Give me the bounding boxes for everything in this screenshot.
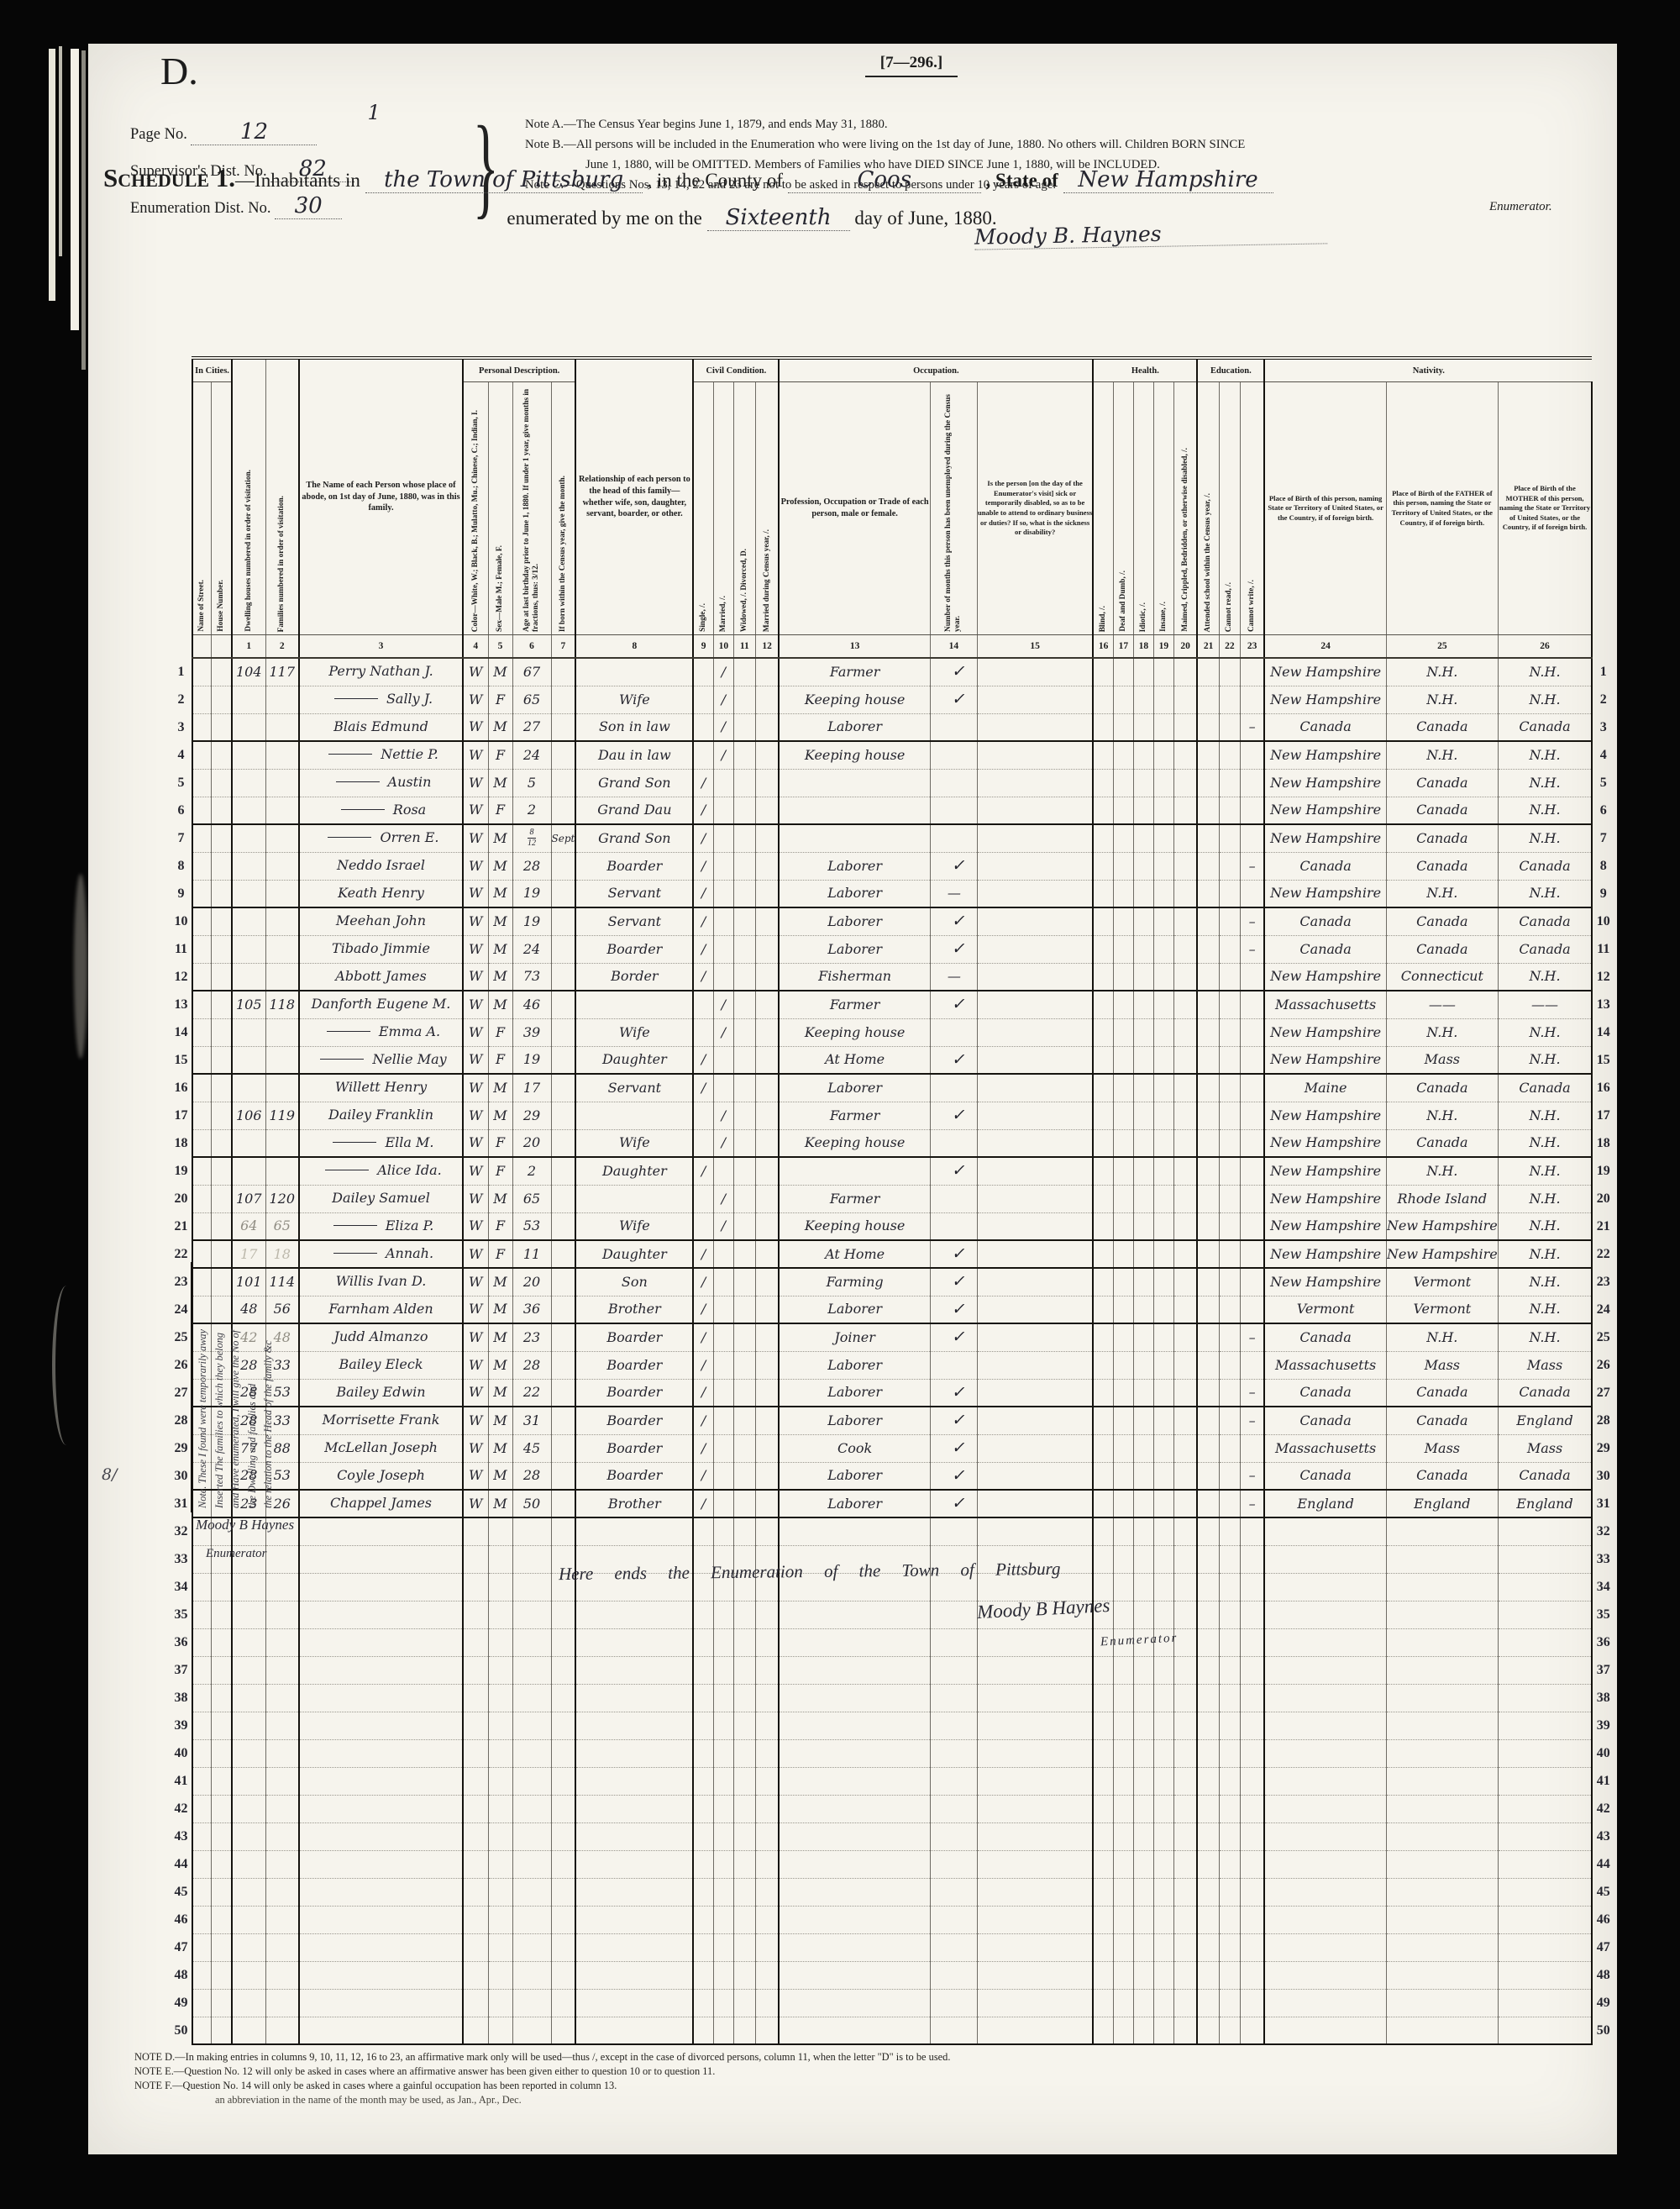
cell-name: Tibado Jimmie (299, 935, 463, 963)
cell-c18 (1133, 991, 1153, 1018)
cell-c23 (1240, 686, 1264, 713)
cell-sex: M (488, 907, 512, 935)
cell-age: 67 (512, 658, 551, 686)
cell-rel (575, 1878, 693, 1906)
cell-c15 (977, 1074, 1093, 1102)
cell-lnum: 27 (171, 1379, 192, 1407)
cell-pof (1386, 1739, 1498, 1767)
cell-street (192, 658, 211, 686)
cell-rnum: 16 (1592, 1074, 1614, 1102)
cell-c9: / (693, 1240, 713, 1268)
cell-occ (779, 1684, 930, 1712)
cell-age (512, 1767, 551, 1795)
cell-c22 (1219, 686, 1240, 713)
cell-c20 (1173, 1185, 1197, 1212)
cell-c14: ✓ (930, 1434, 977, 1462)
place-value: the Town of Pittsburg (384, 167, 623, 192)
table-row: 4141 (171, 1767, 1614, 1795)
cell-c18 (1133, 1573, 1153, 1601)
cell-house (211, 1933, 232, 1961)
cell-street (192, 935, 211, 963)
cell-pom: N.H. (1498, 1129, 1592, 1157)
cell-rel: Grand Son (575, 769, 693, 797)
cell-c22 (1219, 1490, 1240, 1517)
column-number-c15: 15 (977, 635, 1093, 659)
cell-c20 (1173, 1434, 1197, 1462)
cell-pom (1498, 1822, 1592, 1850)
cell-c16 (1093, 1712, 1113, 1739)
cell-rnum: 50 (1592, 2017, 1614, 2044)
cell-c9 (693, 658, 713, 686)
cell-pom: N.H. (1498, 686, 1592, 713)
cell-lnum: 4 (171, 741, 192, 769)
person-name: Dailey Franklin (328, 1107, 433, 1123)
cell-c18 (1133, 1517, 1153, 1545)
cell-c15 (977, 1795, 1093, 1822)
cell-lnum: 12 (171, 963, 192, 991)
cell-pof: Canada (1386, 852, 1498, 880)
cell-pom: Canada (1498, 1462, 1592, 1490)
cell-c18 (1133, 1240, 1153, 1268)
group-header: Occupation. (779, 358, 1093, 382)
cell-c22 (1219, 963, 1240, 991)
cell-c19 (1153, 1517, 1173, 1545)
cell-pof (1386, 1933, 1498, 1961)
cell-c18 (1133, 1933, 1153, 1961)
cell-c23 (1240, 1517, 1264, 1545)
cell-rnum: 32 (1592, 1517, 1614, 1545)
cell-c21 (1197, 1018, 1219, 1046)
cell-c19 (1153, 1407, 1173, 1434)
cell-fam (265, 1933, 299, 1961)
cell-c21 (1197, 1517, 1219, 1545)
cell-month (551, 1933, 575, 1961)
cell-c12 (755, 1601, 779, 1628)
cell-pob: Canada (1264, 852, 1386, 880)
cell-c22 (1219, 1656, 1240, 1684)
cell-street (192, 1185, 211, 1212)
cell-c14: ✓ (930, 1462, 977, 1490)
cell-c20 (1173, 963, 1197, 991)
cell-color: W (463, 1018, 488, 1046)
cell-month (551, 1628, 575, 1656)
person-name: Rosa (393, 802, 426, 818)
cell-rel (575, 1628, 693, 1656)
cell-rnum: 42 (1592, 1795, 1614, 1822)
cell-c16 (1093, 1407, 1113, 1434)
cell-house (211, 1102, 232, 1129)
column-header-c23: Cannot write, /. (1240, 382, 1264, 635)
cell-dw (232, 880, 265, 907)
cell-c20 (1173, 1240, 1197, 1268)
cell-c18 (1133, 1212, 1153, 1240)
cell-name: Perry Nathan J. (299, 658, 463, 686)
cell-c18 (1133, 1018, 1153, 1046)
cell-pob (1264, 1684, 1386, 1712)
cell-dw (232, 1822, 265, 1850)
cell-month (551, 852, 575, 880)
cell-rnum: 11 (1592, 935, 1614, 963)
enumerator-signature-rows: Moody B Haynes (196, 1517, 294, 1533)
cell-age: 11 (512, 1240, 551, 1268)
cell-c9 (693, 1961, 713, 1989)
cell-c15 (977, 1212, 1093, 1240)
cell-c19 (1153, 824, 1173, 852)
unemployed-checkmark: ✓ (951, 1329, 968, 1345)
cell-age (512, 2017, 551, 2044)
cell-c19 (1153, 1185, 1173, 1212)
cell-month (551, 1379, 575, 1407)
cell-pob (1264, 1933, 1386, 1961)
cell-c16 (1093, 1462, 1113, 1490)
cell-c23 (1240, 1628, 1264, 1656)
cell-pob: Canada (1264, 1379, 1386, 1407)
cell-house (211, 1573, 232, 1601)
cell-c19 (1153, 1434, 1173, 1462)
cell-name (299, 1961, 463, 1989)
cell-c10 (713, 1268, 733, 1296)
cell-c22 (1219, 1296, 1240, 1323)
cell-lnum: 1 (171, 658, 192, 686)
cell-rnum: 23 (1592, 1268, 1614, 1296)
cell-c19 (1153, 1351, 1173, 1379)
cell-c20 (1173, 1906, 1197, 1933)
cell-c14 (930, 1795, 977, 1822)
cell-age: 46 (512, 991, 551, 1018)
cell-pob: New Hampshire (1264, 686, 1386, 713)
cell-c11 (733, 741, 755, 769)
film-streak (81, 50, 86, 370)
cell-c9 (693, 1185, 713, 1212)
cell-dw (232, 1850, 265, 1878)
cell-c15 (977, 1462, 1093, 1490)
cell-c16 (1093, 769, 1113, 797)
group-header: Personal Description. (463, 358, 575, 382)
cell-age: 31 (512, 1407, 551, 1434)
cell-rel (575, 1906, 693, 1933)
cell-c11 (733, 824, 755, 852)
cell-pom (1498, 1739, 1592, 1767)
column-header-month: If born within the Census year, give the… (551, 382, 575, 635)
cell-age (512, 1795, 551, 1822)
cell-dw (232, 1712, 265, 1739)
cell-pof: Canada (1386, 1074, 1498, 1102)
cell-dw (232, 1018, 265, 1046)
table-row: 7Orren E.WM812SeptGrand Son/New Hampshir… (171, 824, 1614, 852)
cell-c11 (733, 1018, 755, 1046)
table-row: 4747 (171, 1933, 1614, 1961)
cell-occ (779, 1822, 930, 1850)
cell-c23 (1240, 1850, 1264, 1878)
cell-c17 (1113, 1767, 1133, 1795)
cell-c18 (1133, 1906, 1153, 1933)
cell-fam (265, 907, 299, 935)
cell-c18 (1133, 1739, 1153, 1767)
cell-name (299, 1517, 463, 1545)
cell-sex (488, 1767, 512, 1795)
cell-lnum: 47 (171, 1933, 192, 1961)
person-name: Willett Henry (335, 1079, 427, 1095)
cell-c17 (1113, 1795, 1133, 1822)
cell-dw: 64 (232, 1212, 265, 1240)
cell-pof (1386, 1906, 1498, 1933)
cell-c12 (755, 797, 779, 824)
cell-c11 (733, 1074, 755, 1102)
person-name: McLellan Joseph (324, 1439, 438, 1455)
cell-rel: Wife (575, 1018, 693, 1046)
cell-fam (265, 1850, 299, 1878)
cell-c17 (1113, 1684, 1133, 1712)
cell-c16 (1093, 1906, 1113, 1933)
cell-occ (779, 1157, 930, 1185)
cell-c18 (1133, 1185, 1153, 1212)
cell-c11 (733, 1656, 755, 1684)
cell-c18 (1133, 1822, 1153, 1850)
column-header-dw: Dwelling houses numbered in order of vis… (232, 358, 265, 635)
cell-c22 (1219, 1545, 1240, 1573)
cell-c20 (1173, 1018, 1197, 1046)
cell-c18 (1133, 1878, 1153, 1906)
cell-pom (1498, 2017, 1592, 2044)
cell-c19 (1153, 1712, 1173, 1739)
cell-c9 (693, 1906, 713, 1933)
cell-pof: Canada (1386, 907, 1498, 935)
cell-c11 (733, 1351, 755, 1379)
cell-lnum: 11 (171, 935, 192, 963)
cell-age: 29 (512, 1102, 551, 1129)
cell-c20 (1173, 1323, 1197, 1351)
cell-c10 (713, 1379, 733, 1407)
cell-c10 (713, 1850, 733, 1878)
cell-c21 (1197, 741, 1219, 769)
cell-c17 (1113, 1656, 1133, 1684)
ditto-dash (328, 754, 372, 755)
cell-color: W (463, 1212, 488, 1240)
cell-street (192, 991, 211, 1018)
cell-pob: New Hampshire (1264, 741, 1386, 769)
cell-c17 (1113, 963, 1133, 991)
table-row: 16Willett HenryWM17Servant/LaborerMaineC… (171, 1074, 1614, 1102)
cell-c14 (930, 1074, 977, 1102)
enumeration-value: 30 (295, 193, 323, 218)
cell-c14 (930, 1185, 977, 1212)
cell-c15 (977, 658, 1093, 686)
cell-pom (1498, 1795, 1592, 1822)
table-row: 3737 (171, 1656, 1614, 1684)
cell-house (211, 963, 232, 991)
cell-c22 (1219, 1517, 1240, 1545)
cell-c18 (1133, 880, 1153, 907)
cell-c18 (1133, 1601, 1153, 1628)
cell-age (512, 1573, 551, 1601)
cell-c23 (1240, 658, 1264, 686)
cell-fam (265, 741, 299, 769)
cell-c17 (1113, 1712, 1133, 1739)
cell-street (192, 741, 211, 769)
cell-c20 (1173, 1351, 1197, 1379)
cell-age (512, 1601, 551, 1628)
cell-c15 (977, 1490, 1093, 1517)
cell-c11 (733, 1296, 755, 1323)
cell-c23 (1240, 1684, 1264, 1712)
cell-c9: / (693, 769, 713, 797)
cell-c11 (733, 1517, 755, 1545)
cell-c11 (733, 1434, 755, 1462)
cell-c21 (1197, 1434, 1219, 1462)
cell-c16 (1093, 686, 1113, 713)
cell-c10 (713, 1046, 733, 1074)
table-row: 3838 (171, 1684, 1614, 1712)
cell-occ: Cook (779, 1434, 930, 1462)
cell-color (463, 1878, 488, 1906)
cell-age: 19 (512, 880, 551, 907)
cell-color: W (463, 907, 488, 935)
cell-color: W (463, 658, 488, 686)
unemployed-checkmark: ✓ (951, 1496, 968, 1512)
cell-pom: Canada (1498, 1074, 1592, 1102)
cell-fam: 118 (265, 991, 299, 1018)
cell-dw (232, 1795, 265, 1822)
cell-fam (265, 1074, 299, 1102)
cell-c9 (693, 713, 713, 741)
cell-pom: —— (1498, 991, 1592, 1018)
film-smudge (74, 874, 87, 1059)
cell-pom: Mass (1498, 1434, 1592, 1462)
cell-month (551, 1185, 575, 1212)
cell-occ (779, 1628, 930, 1656)
cell-c14 (930, 1989, 977, 2017)
cell-c19 (1153, 880, 1173, 907)
cell-c10 (713, 1739, 733, 1767)
cell-c18 (1133, 1989, 1153, 2017)
cell-c19 (1153, 1961, 1173, 1989)
cell-lnum: 39 (171, 1712, 192, 1739)
cell-c14: ✓ (930, 1157, 977, 1185)
cell-c22 (1219, 1074, 1240, 1102)
cell-fam: 119 (265, 1102, 299, 1129)
cell-c22 (1219, 1628, 1240, 1656)
cell-c9 (693, 1739, 713, 1767)
cell-c17 (1113, 1407, 1133, 1434)
cell-dw (232, 1157, 265, 1185)
cell-age (512, 1517, 551, 1545)
cell-pom: Canada (1498, 907, 1592, 935)
cell-c15 (977, 1739, 1093, 1767)
cell-pof: Vermont (1386, 1296, 1498, 1323)
cell-pof: Mass (1386, 1434, 1498, 1462)
person-name: Nellie May (372, 1051, 446, 1067)
cell-occ (779, 824, 930, 852)
cell-street (192, 797, 211, 824)
cell-color (463, 1601, 488, 1628)
column-number-c23: 23 (1240, 635, 1264, 659)
column-number-c16: 16 (1093, 635, 1113, 659)
cell-sex: M (488, 1323, 512, 1351)
cell-pof (1386, 1545, 1498, 1573)
cell-c19 (1153, 1878, 1173, 1906)
cell-pob (1264, 1573, 1386, 1601)
cell-house (211, 1767, 232, 1795)
cell-pob: Massachusetts (1264, 991, 1386, 1018)
cell-color (463, 1850, 488, 1878)
cell-house (211, 991, 232, 1018)
cell-c11 (733, 1906, 755, 1933)
cell-month (551, 769, 575, 797)
table-row: 12Abbott JamesWM73Border/Fisherman—New H… (171, 963, 1614, 991)
margin-note: Note. These I found were temporarily awa… (197, 1266, 275, 1508)
ditto-dash (341, 809, 385, 810)
cell-occ (779, 769, 930, 797)
cell-c19 (1153, 963, 1173, 991)
cell-color: W (463, 1074, 488, 1102)
cell-month (551, 1102, 575, 1129)
cell-age (512, 1656, 551, 1684)
table-row: 216465Eliza P.WF53Wife/Keeping houseNew … (171, 1212, 1614, 1240)
cell-c12 (755, 1822, 779, 1850)
cell-rel: Boarder (575, 852, 693, 880)
cell-c10: / (713, 713, 733, 741)
cell-c14: ✓ (930, 1046, 977, 1074)
table-row: 8Neddo IsraelWM28Boarder/Laborer✓–Canada… (171, 852, 1614, 880)
cell-pom: N.H. (1498, 1018, 1592, 1046)
cell-pof: New Hampshire (1386, 1240, 1498, 1268)
cell-c10 (713, 1906, 733, 1933)
cell-c14 (930, 1850, 977, 1878)
table-row: 4545 (171, 1878, 1614, 1906)
cell-c19 (1153, 2017, 1173, 2044)
schedule-rest: —Inhabitants in (235, 170, 360, 191)
cell-c23: – (1240, 1379, 1264, 1407)
cell-c18 (1133, 769, 1153, 797)
cell-c17 (1113, 1240, 1133, 1268)
table-row: 244856Farnham AldenWM36Brother/Laborer✓V… (171, 1296, 1614, 1323)
cell-color (463, 1822, 488, 1850)
cell-c15 (977, 1407, 1093, 1434)
cell-c16 (1093, 1545, 1113, 1573)
cell-age (512, 1545, 551, 1573)
cell-c19 (1153, 935, 1173, 963)
cell-c15 (977, 963, 1093, 991)
footer-note-e: NOTE E.—Question No. 12 will only be ask… (134, 2064, 1445, 2079)
column-number-c18: 18 (1133, 635, 1153, 659)
cell-c16 (1093, 1517, 1113, 1545)
cell-house (211, 1656, 232, 1684)
cell-c19 (1153, 1490, 1173, 1517)
cell-c16 (1093, 1434, 1113, 1462)
cell-name: Neddo Israel (299, 852, 463, 880)
cell-name: Willis Ivan D. (299, 1268, 463, 1296)
cell-c11 (733, 1989, 755, 2017)
cell-rel (575, 1517, 693, 1545)
cell-c23 (1240, 824, 1264, 852)
cell-name: Ella M. (299, 1129, 463, 1157)
cell-c12 (755, 1517, 779, 1545)
cell-c22 (1219, 1795, 1240, 1822)
cell-pof (1386, 1989, 1498, 2017)
cell-c22 (1219, 1850, 1240, 1878)
cell-c16 (1093, 1018, 1113, 1046)
cell-occ: Farmer (779, 1102, 930, 1129)
cell-sex (488, 1961, 512, 1989)
cell-c23 (1240, 963, 1264, 991)
cell-c21 (1197, 1795, 1219, 1822)
cell-c21 (1197, 1296, 1219, 1323)
cell-occ (779, 1712, 930, 1739)
cell-c11 (733, 1961, 755, 1989)
cell-rel: Daughter (575, 1157, 693, 1185)
cell-sex (488, 1601, 512, 1628)
cell-rnum: 21 (1592, 1212, 1614, 1240)
